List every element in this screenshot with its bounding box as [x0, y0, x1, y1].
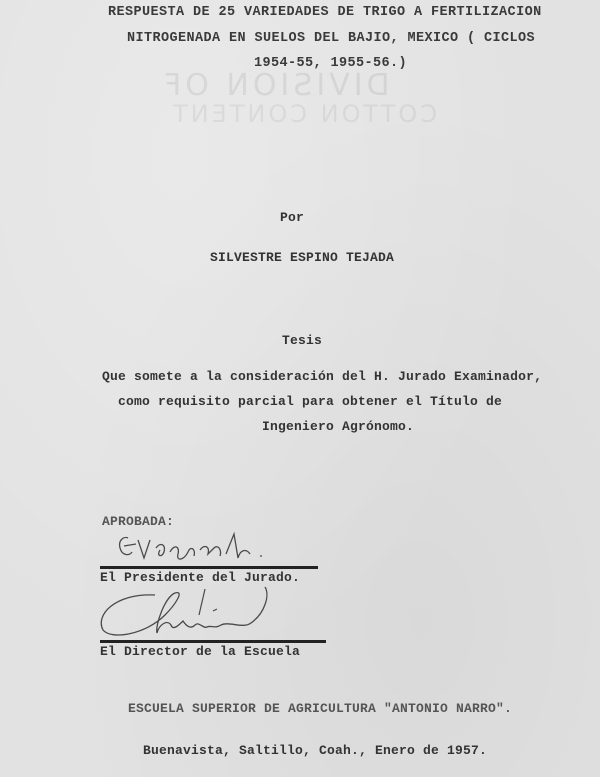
approval-label: APROBADA:	[102, 514, 174, 529]
director-role: El Director de la Escuela	[100, 644, 300, 659]
signature-line-1	[100, 566, 318, 569]
thesis-statement-line-2: como requisito parcial para obtener el T…	[118, 394, 502, 409]
thesis-statement-line-1: Que somete a la consideración del H. Jur…	[102, 369, 542, 384]
author-name: SILVESTRE ESPINO TEJADA	[210, 250, 394, 265]
place-and-date: Buenavista, Saltillo, Coah., Enero de 19…	[143, 743, 487, 758]
thesis-title-page: DIVISION OF COTTON CONTENT RESPUESTA DE …	[0, 0, 600, 777]
by-label: Por	[280, 210, 304, 225]
title-line-2: NITROGENADA EN SUELOS DEL BAJIO, MEXICO …	[127, 31, 535, 46]
president-role: El Presidente del Jurado.	[100, 570, 300, 585]
title-line-3: 1954-55, 1955-56.)	[254, 56, 407, 71]
bleed-through-text-2: COTTON CONTENT	[170, 100, 437, 128]
thesis-statement-line-3: Ingeniero Agrónomo.	[262, 419, 414, 434]
institution-name: ESCUELA SUPERIOR DE AGRICULTURA "ANTONIO…	[128, 701, 512, 716]
bleed-through-text-1: DIVISION OF	[160, 68, 390, 103]
signature-line-2	[100, 640, 326, 643]
director-signature	[95, 585, 295, 645]
thesis-label: Tesis	[282, 333, 322, 348]
title-line-1: RESPUESTA DE 25 VARIEDADES DE TRIGO A FE…	[108, 5, 542, 20]
